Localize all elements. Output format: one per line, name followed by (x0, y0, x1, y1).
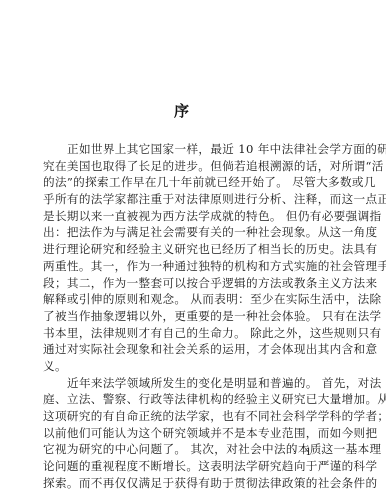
text-line: 的法”的探索工作早在几十年前就已经开始了。 尽管大多数或几 (43, 174, 347, 191)
page-number: · 1 · (293, 447, 327, 458)
book-page: 序 正如世界上其它国家一样，最近 10 年中法律社会学方面的研究在美国也取得了长… (0, 0, 386, 500)
text-line: 义。 (43, 358, 347, 375)
text-line: 两重性。其一，作为一种通过独特的机构和方式实施的社会管理手 (43, 258, 347, 275)
text-line: 段；其二，作为一整套可以按合乎逻辑的方法或教条主义方法来 (43, 275, 347, 292)
text-line: 这项研究的有自命正统的法学家，也有不同社会科学学科的学者； (43, 408, 347, 425)
text-line: 通过对实际社会现象和社会关系的运用，才会体现出其内含和意 (43, 341, 347, 358)
text-line: 出：把法作为与满足社会需要有关的一种社会现象。从这一角度 (43, 224, 347, 241)
body-text: 正如世界上其它国家一样，最近 10 年中法律社会学方面的研究在美国也取得了长足的… (43, 141, 347, 491)
text-line: 究在美国也取得了长足的进步。但倘若追根溯源的话，对所谓“活 (43, 158, 347, 175)
text-line: 庭、立法、警察、行政等法律机构的经验主义研究已大量增加。从事 (43, 391, 347, 408)
text-line: 乎所有的法学家都注重于对法律原则进行分析、注释，而这一点正 (43, 191, 347, 208)
text-line: 以前他们可能认为这个研究领域并不是本专业范围，而如今则把 (43, 425, 347, 442)
text-line: 了被当作抽象逻辑以外，更重要的是一种社会体验。 只有在法学 (43, 308, 347, 325)
text-line: 正如世界上其它国家一样，最近 10 年中法律社会学方面的研 (43, 141, 347, 158)
text-line: 解释或引伸的原则和观念。 从而表明：至少在实际生活中，法除 (43, 291, 347, 308)
text-line: 是长期以来一直被视为西方法学成就的特色。 但仍有必要强调指 (43, 208, 347, 225)
text-line: 论问题的重视程度不断增长。这表明法学研究趋向于严谨的科学 (43, 458, 347, 475)
chapter-title: 序 (174, 100, 189, 121)
text-line: 探索。而不再仅仅满足于获得有助于贯彻法律政策的社会条件的 (43, 475, 347, 492)
text-line: 书本里，法律规则才有自己的生命力。 除此之外，这些规则只有 (43, 325, 347, 342)
text-line: 进行理论研究和经验主义研究也已经历了相当长的历史。法具有 (43, 241, 347, 258)
text-line: 近年来法学领域所发生的变化是明显和普遍的。 首先，对法 (43, 375, 347, 392)
